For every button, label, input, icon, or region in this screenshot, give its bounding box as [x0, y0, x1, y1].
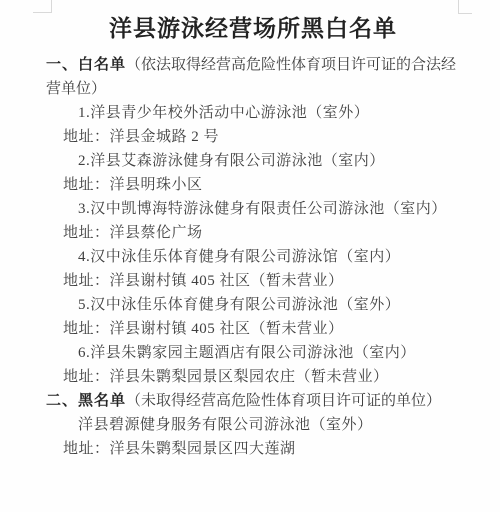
whitelist-entry: 1.洋县青少年校外活动中心游泳池（室外） 地址：洋县金城路 2 号 [46, 101, 460, 149]
blacklist-heading-label: 二、黑名单 [46, 393, 126, 409]
venue-name: 4.汉中泳佳乐体育健身有限公司游泳馆（室内） [46, 245, 460, 269]
venue-address: 地址：洋县明珠小区 [46, 173, 460, 197]
venue-address: 地址：洋县蔡伦广场 [46, 221, 460, 245]
blacklist-heading-note: （未取得经营高危险性体育项目许可证的单位） [126, 393, 441, 409]
venue-address: 地址：洋县谢村镇 405 社区（暂未营业） [46, 317, 460, 341]
page-corner-mark-left [33, 0, 52, 13]
whitelist-entry: 6.洋县朱鹮家园主题酒店有限公司游泳池（室内） 地址：洋县朱鹮梨园景区梨园农庄（… [46, 341, 460, 389]
document-page: 洋县游泳经营场所黑白名单 一、白名单（依法取得经营高危险性体育项目许可证的合法经… [0, 0, 500, 512]
page-title: 洋县游泳经营场所黑白名单 [46, 14, 460, 44]
whitelist-entry: 3.汉中凯博海特游泳健身有限责任公司游泳池（室内） 地址：洋县蔡伦广场 [46, 197, 460, 245]
venue-name: 洋县碧源健身服务有限公司游泳池（室外） [46, 413, 460, 437]
blacklist-entry: 洋县碧源健身服务有限公司游泳池（室外） 地址：洋县朱鹮梨园景区四大莲湖 [46, 413, 460, 461]
document-content: 洋县游泳经营场所黑白名单 一、白名单（依法取得经营高危险性体育项目许可证的合法经… [46, 14, 460, 461]
venue-name: 5.汉中泳佳乐体育健身有限公司游泳池（室外） [46, 293, 460, 317]
venue-name: 1.洋县青少年校外活动中心游泳池（室外） [46, 101, 460, 125]
venue-name: 6.洋县朱鹮家园主题酒店有限公司游泳池（室内） [46, 341, 460, 365]
venue-name: 2.洋县艾森游泳健身有限公司游泳池（室内） [46, 149, 460, 173]
venue-address: 地址：洋县朱鹮梨园景区四大莲湖 [46, 437, 460, 461]
blacklist-section-heading: 二、黑名单（未取得经营高危险性体育项目许可证的单位） [46, 389, 460, 413]
whitelist-heading-label: 一、白名单 [46, 57, 126, 73]
whitelist-entry: 2.洋县艾森游泳健身有限公司游泳池（室内） 地址：洋县明珠小区 [46, 149, 460, 197]
venue-name: 3.汉中凯博海特游泳健身有限责任公司游泳池（室内） [46, 197, 460, 221]
venue-address: 地址：洋县谢村镇 405 社区（暂未营业） [46, 269, 460, 293]
whitelist-entry: 4.汉中泳佳乐体育健身有限公司游泳馆（室内） 地址：洋县谢村镇 405 社区（暂… [46, 245, 460, 293]
whitelist-entry: 5.汉中泳佳乐体育健身有限公司游泳池（室外） 地址：洋县谢村镇 405 社区（暂… [46, 293, 460, 341]
venue-address: 地址：洋县朱鹮梨园景区梨园农庄（暂未营业） [46, 365, 460, 389]
venue-address: 地址：洋县金城路 2 号 [46, 125, 460, 149]
whitelist-section-heading: 一、白名单（依法取得经营高危险性体育项目许可证的合法经营单位） [46, 53, 460, 101]
page-corner-mark-right [458, 0, 472, 14]
